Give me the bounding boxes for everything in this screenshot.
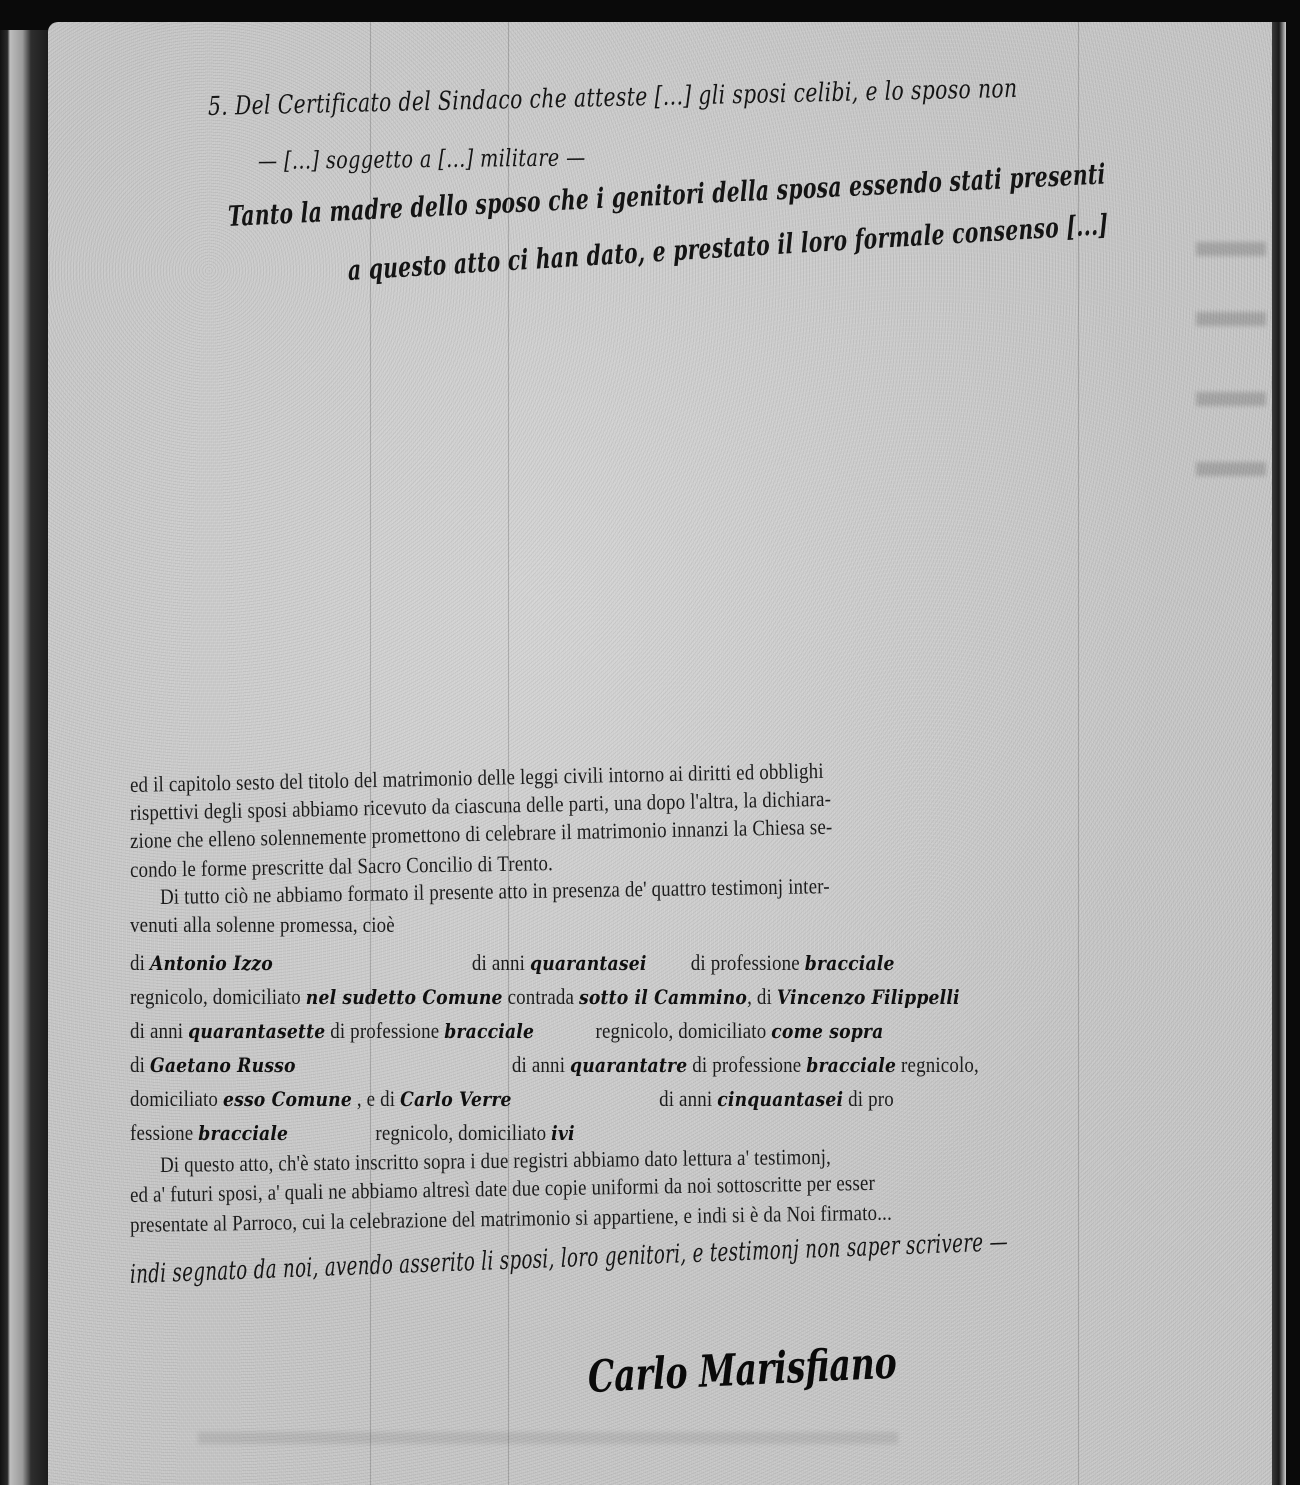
- witness-line-4: di Gaetano Russo di anni quarantatre di …: [130, 1052, 979, 1078]
- witness-name-2: Vincenzo Filippelli: [777, 985, 960, 1009]
- witness-name-1: Antonio Izzo: [150, 951, 273, 975]
- bleed-through-text: [1196, 462, 1266, 476]
- label-profession: di professione: [692, 1052, 801, 1077]
- witness-line-6: fessione bracciale regnicolo, domiciliat…: [130, 1120, 575, 1146]
- witness-line-2: regnicolo, domiciliato nel sudetto Comun…: [130, 984, 960, 1010]
- label-domicile: regnicolo, domiciliato: [375, 1120, 546, 1145]
- handwritten-closing: indi segnato da noi, avendo asserito li …: [130, 1227, 1009, 1290]
- document-page: 5. Del Certificato del Sindaco che attes…: [48, 22, 1286, 1485]
- bleed-through-text: [198, 1432, 898, 1444]
- witness-profession-4: bracciale: [198, 1121, 288, 1145]
- bleed-through-text: [1196, 312, 1266, 326]
- label-e-di: , e di: [357, 1086, 395, 1111]
- witness-name-3: Gaetano Russo: [150, 1053, 296, 1077]
- witness-line-5: domiciliato esso Comune , e di Carlo Ver…: [130, 1086, 894, 1112]
- witness-domicile-1: nel sudetto Comune: [306, 985, 503, 1009]
- printed-line-6: venuti alla solenne promessa, cioè: [130, 912, 395, 938]
- witness-line-1: di Antonio Izzo di anni quarantasei di p…: [130, 950, 895, 976]
- label-domicile: regnicolo, domiciliato: [130, 984, 301, 1009]
- label-domicile: regnicolo, domiciliato: [596, 1018, 767, 1043]
- handwritten-annotation-1: 5. Del Certificato del Sindaco che attes…: [208, 74, 1018, 122]
- label-regnicolo: regnicolo,: [901, 1052, 979, 1077]
- label-age: di anni: [472, 950, 525, 975]
- handwritten-annotation-2: — [...] soggetto a [...] militare —: [258, 143, 586, 175]
- signature: Carlo Marisfiano: [587, 1338, 897, 1403]
- witness-age-2: quarantasette: [188, 1019, 325, 1043]
- witness-domicile-3: esso Comune: [223, 1087, 352, 1111]
- label-profession: di professione: [691, 950, 800, 975]
- witness-profession-3: bracciale: [806, 1053, 896, 1077]
- bleed-through-text: [1196, 392, 1266, 406]
- witness-line-3: di anni quarantasette di professione bra…: [130, 1018, 883, 1044]
- witness-domicile-2: come sopra: [771, 1019, 883, 1043]
- bleed-through-text: [1196, 242, 1266, 256]
- witness-domicile-4: ivi: [551, 1121, 575, 1145]
- page-right-edge: [1272, 22, 1286, 1485]
- label-profession: di pro: [848, 1086, 894, 1111]
- witness-name-4: Carlo Verre: [400, 1087, 512, 1111]
- label-contrada: contrada: [508, 984, 575, 1009]
- label-age: di anni: [659, 1086, 712, 1111]
- witness-age-1: quarantasei: [530, 951, 647, 975]
- label-fessione: fessione: [130, 1120, 193, 1145]
- label-profession: di professione: [330, 1018, 439, 1043]
- label-di: di: [757, 984, 772, 1009]
- witness-age-4: cinquantasei: [717, 1087, 843, 1111]
- book-binding-edge: [0, 30, 50, 1485]
- label-domicile: domiciliato: [130, 1086, 218, 1111]
- witness-age-3: quarantatre: [570, 1053, 687, 1077]
- label-di: di: [130, 950, 145, 975]
- witness-street-1: sotto il Cammino: [579, 985, 747, 1009]
- label-di: di: [130, 1052, 145, 1077]
- label-age: di anni: [512, 1052, 565, 1077]
- witness-profession-1: bracciale: [805, 951, 895, 975]
- label-age: di anni: [130, 1018, 183, 1043]
- witness-profession-2: bracciale: [444, 1019, 534, 1043]
